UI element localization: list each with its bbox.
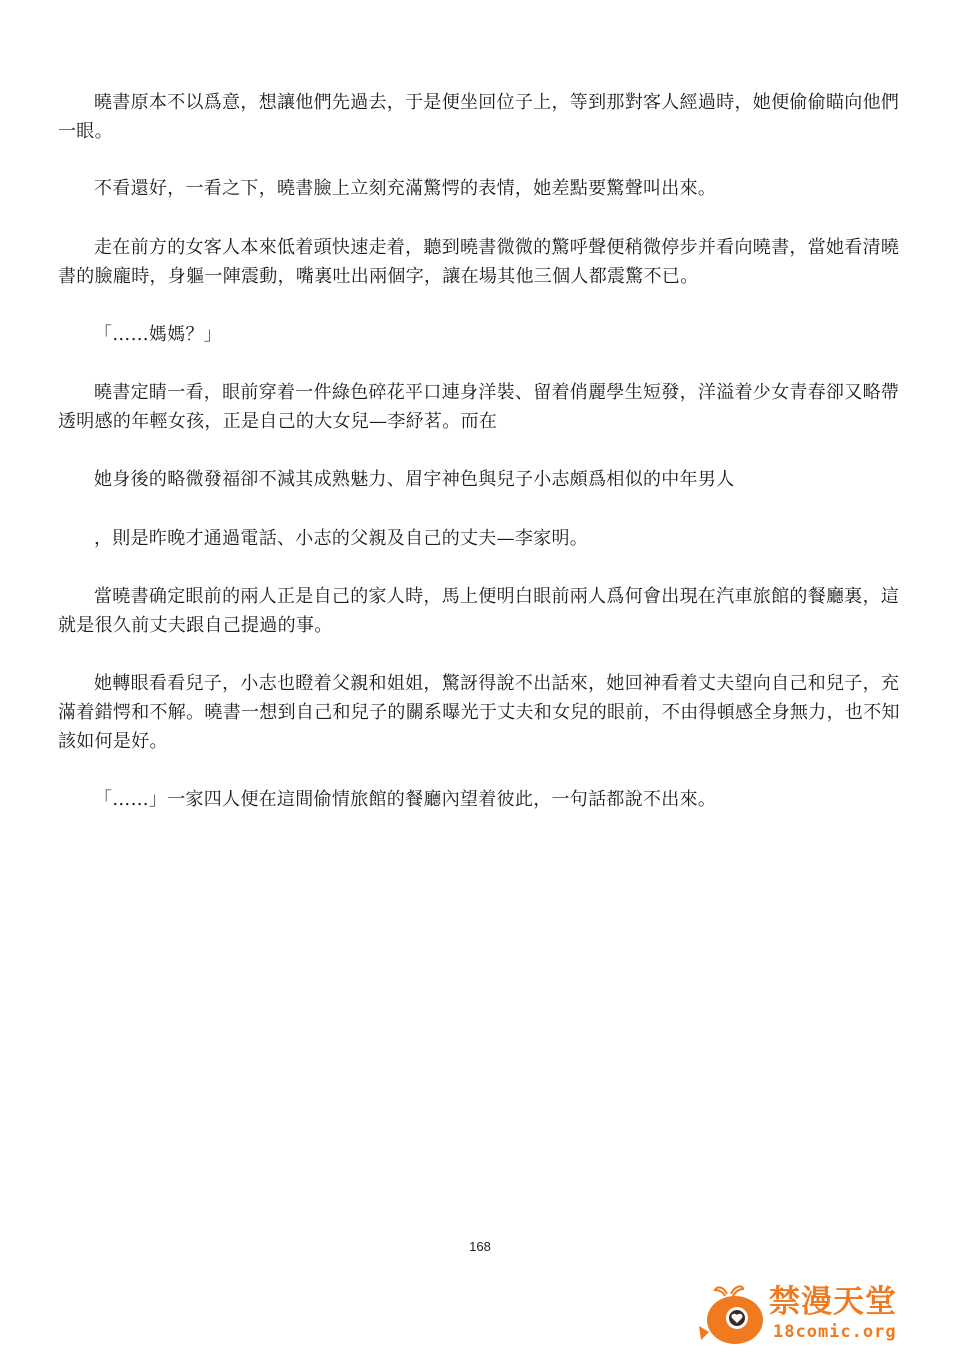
paragraph-4: 「……媽媽？」 (58, 320, 908, 349)
whale-mascot-icon (697, 1280, 769, 1350)
watermark-url: 18comic.org (773, 1322, 897, 1342)
paragraph-9: 她轉眼看看兒子，小志也瞪着父親和姐姐，驚訝得說不出話來，她回神看着丈夫望向自己和… (58, 669, 908, 756)
paragraph-5: 曉書定睛一看，眼前穿着一件綠色碎花平口連身洋裝、留着俏麗學生短發，洋溢着少女青春… (58, 378, 908, 436)
paragraph-1: 曉書原本不以爲意，想讓他們先過去，于是便坐回位子上，等到那對客人經過時，她便偷偷… (58, 88, 908, 146)
watermark-title: 禁漫天堂 (769, 1284, 897, 1320)
document-page: 曉書原本不以爲意，想讓他們先過去，于是便坐回位子上，等到那對客人經過時，她便偷偷… (0, 0, 960, 1357)
paragraph-3: 走在前方的女客人本來低着頭快速走着，聽到曉書微微的驚呼聲便稍微停步并看向曉書，當… (58, 233, 908, 291)
watermark: 禁漫天堂 18comic.org (697, 1280, 927, 1350)
page-number: 168 (0, 1239, 960, 1254)
paragraph-8: 當曉書确定眼前的兩人正是自己的家人時，馬上便明白眼前兩人爲何會出現在汽車旅館的餐… (58, 582, 908, 640)
paragraph-10: 「……」一家四人便在這間偷情旅館的餐廳內望着彼此，一句話都說不出來。 (58, 785, 908, 814)
paragraph-6: 她身後的略微發福卻不減其成熟魅力、眉宇神色與兒子小志頗爲相似的中年男人 (58, 465, 908, 494)
paragraph-7: ，則是昨晚才通過電話、小志的父親及自己的丈夫—李家明。 (58, 524, 908, 553)
paragraph-2: 不看還好，一看之下，曉書臉上立刻充滿驚愕的表情，她差點要驚聲叫出來。 (58, 174, 908, 203)
